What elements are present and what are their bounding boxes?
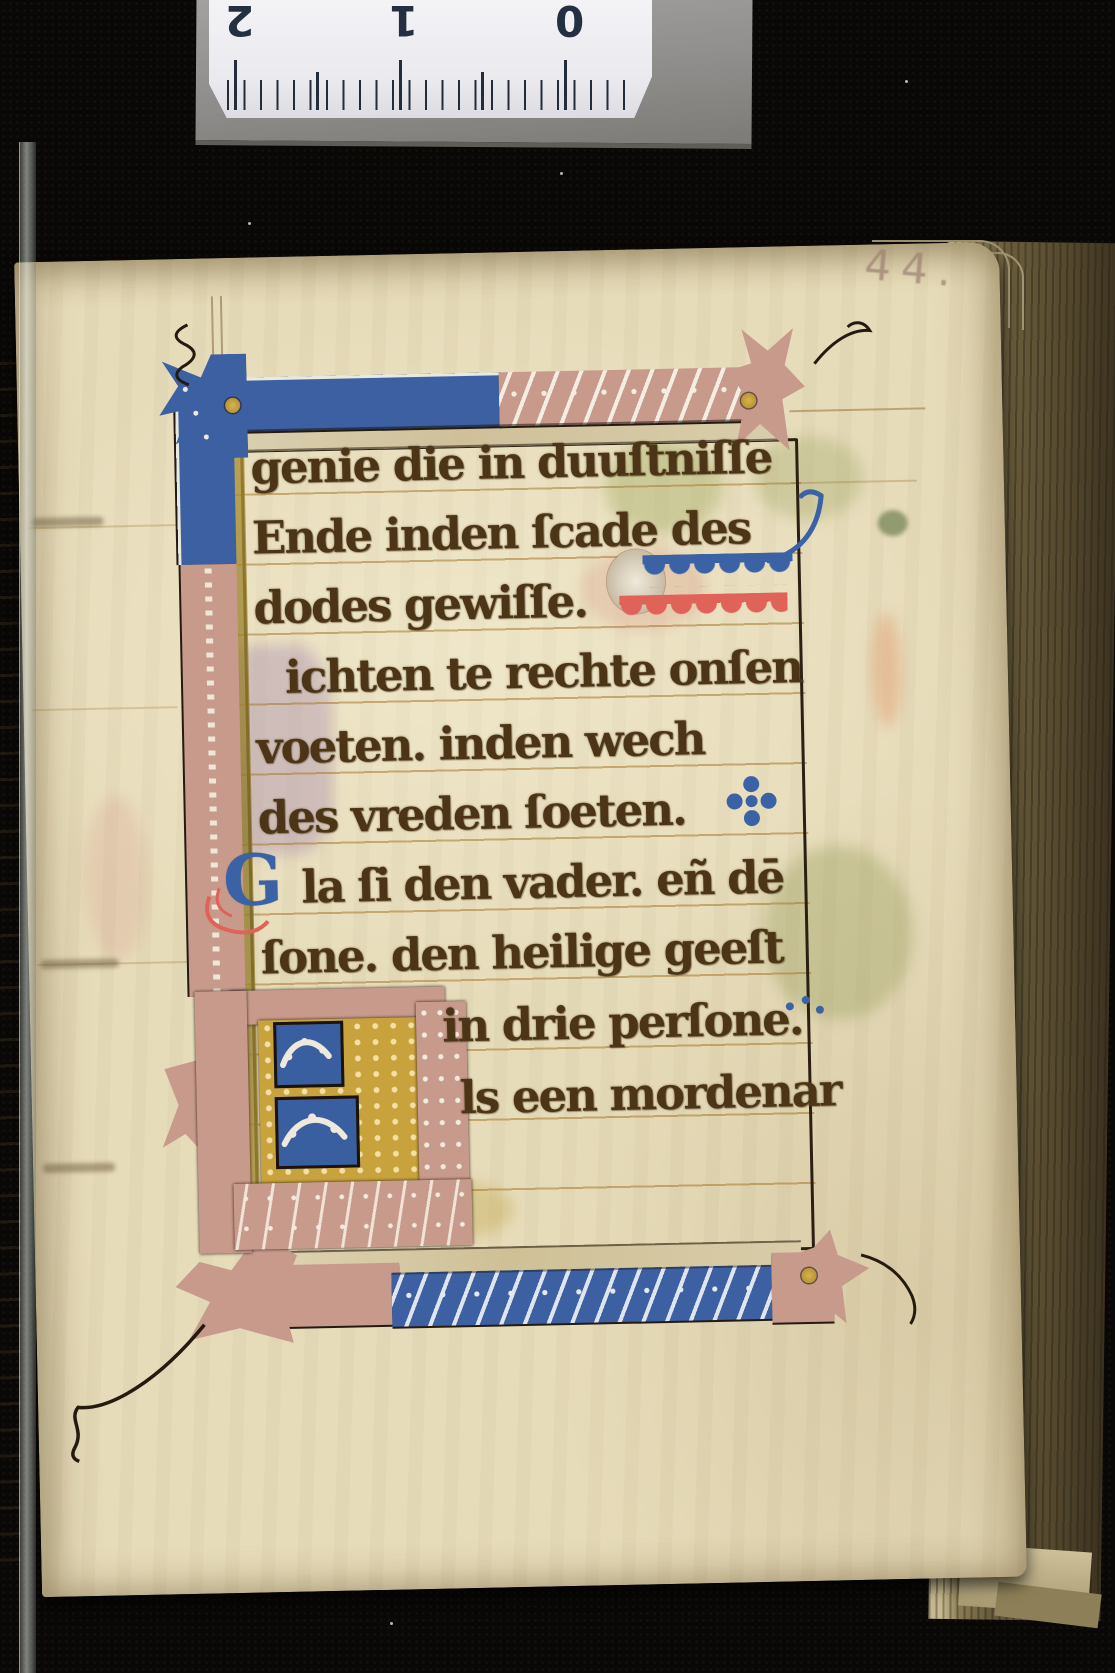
text-line: la ſi den vader. eñ dē (301, 843, 862, 925)
stain-olive-dot (878, 510, 909, 537)
dust-speck (390, 1622, 393, 1625)
spine-parchment-stub (0, 362, 21, 1562)
stain-pink-margin (83, 795, 148, 961)
glass-plate-edge (19, 142, 36, 1673)
decorated-initial-foot (233, 1179, 472, 1250)
initial-blue-square (273, 1021, 344, 1088)
ruler-halfcm-tick (481, 72, 484, 110)
sewing-crease (41, 958, 119, 969)
folio-number: 44. (863, 242, 964, 297)
manuscript-photo: 44. (0, 0, 1115, 1673)
scale-ruler: 2 1 0 (209, 0, 652, 118)
text-line: des vreden ſoeten. (257, 774, 818, 856)
text-line: genie die in duuſtniſſe (250, 424, 811, 506)
text-line: in drie perſone. (442, 982, 1003, 1064)
ruler-cm-tick (234, 60, 237, 110)
manuscript-page: 44. (14, 242, 1027, 1597)
dust-speck (560, 172, 563, 175)
dust-speck (248, 222, 251, 225)
ruler-label-2: 2 (225, 0, 254, 45)
frame-bar-top-pink (499, 367, 752, 426)
text-line: ſone. den heilige geeſt (260, 914, 821, 996)
frame-bar-left-pink (181, 564, 246, 997)
initial-blue-square (275, 1095, 360, 1169)
blue-scallop-line-filler (642, 552, 793, 587)
stain-orange-streak (872, 612, 902, 728)
frame-bar-top-blue (229, 372, 502, 432)
margin-ruling (31, 706, 177, 711)
gloria-initial-letter: G (222, 845, 283, 916)
sewing-crease (43, 1163, 115, 1174)
text-line: voeten. inden wech (256, 704, 817, 786)
ruler-label-1: 1 (389, 0, 418, 45)
ruler-cm-tick (564, 60, 567, 110)
ruler-halfcm-tick (316, 72, 319, 110)
ruler-mm-ticks (227, 80, 639, 110)
white-chain-ornament (205, 568, 221, 992)
text-line: ls een mordenar (459, 1054, 1020, 1136)
ruler-label-0: 0 (555, 0, 584, 45)
text-line: ichten te rechte onſen (284, 633, 845, 715)
dust-speck (905, 80, 908, 83)
ruler-cm-tick (399, 60, 402, 110)
white-dot (183, 387, 188, 392)
red-scallop-line-filler (619, 592, 788, 628)
sewing-crease (31, 517, 103, 528)
ruling-extension (789, 407, 925, 412)
white-dot (204, 434, 209, 439)
frame-bar-bottom-blue (391, 1265, 782, 1327)
white-dot (193, 411, 198, 416)
